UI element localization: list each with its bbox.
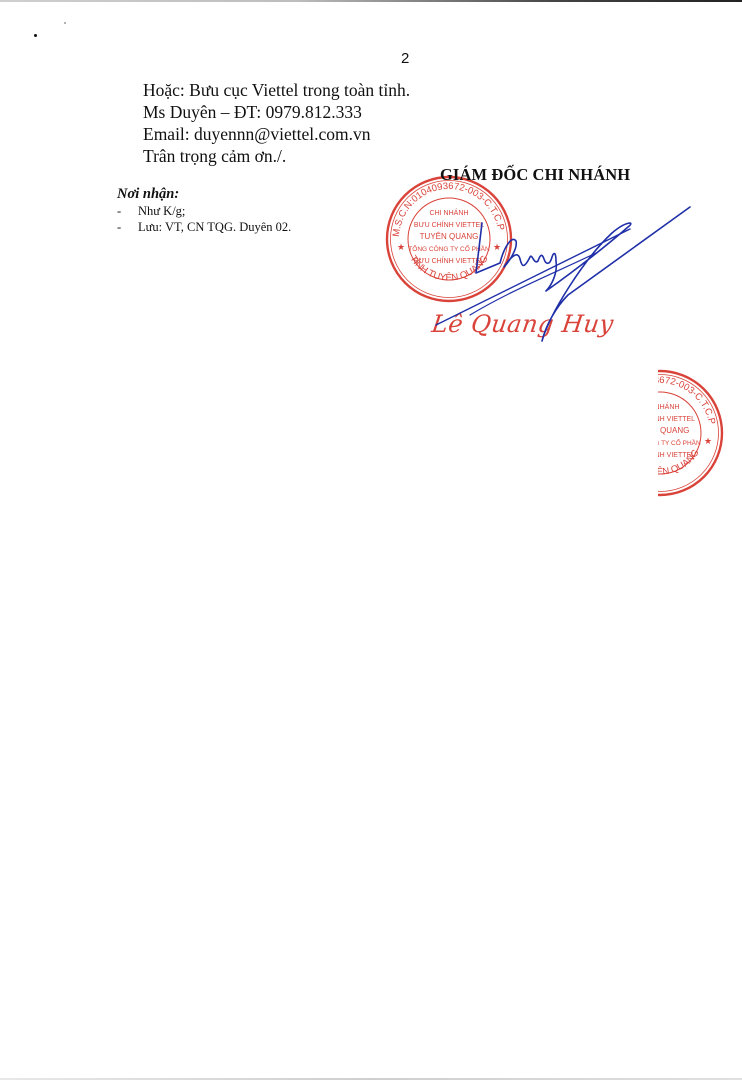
recipients-block: Nơi nhận: - Như K/g; - Lưu: VT, CN TQG. … bbox=[117, 185, 291, 235]
svg-text:CHI NHÁNH: CHI NHÁNH bbox=[658, 402, 679, 411]
page-number: 2 bbox=[401, 50, 409, 67]
svg-text:TUYÊN QUANG: TUYÊN QUANG bbox=[658, 426, 689, 435]
bullet-dash: - bbox=[117, 219, 121, 235]
star-icon: ★ bbox=[704, 436, 712, 446]
scan-speck bbox=[34, 34, 37, 37]
contact-email-line: Email: duyennn@viettel.com.vn bbox=[143, 123, 410, 145]
recipients-list: - Như K/g; - Lưu: VT, CN TQG. Duyên 02. bbox=[117, 203, 291, 235]
signer-title: GIÁM ĐỐC CHI NHÁNH bbox=[440, 165, 630, 185]
svg-text:BƯU CHÍNH VIETTEL: BƯU CHÍNH VIETTEL bbox=[658, 414, 695, 423]
contact-phone-line: Ms Duyên – ĐT: 0979.812.333 bbox=[143, 101, 410, 123]
scan-edge-top bbox=[0, 0, 742, 2]
svg-text:TỔNG CÔNG TY CỔ PHẦN: TỔNG CÔNG TY CỔ PHẦN bbox=[658, 437, 701, 447]
recipient-item: - Lưu: VT, CN TQG. Duyên 02. bbox=[117, 219, 291, 235]
closing-greeting: Trân trọng cảm ơn./. bbox=[143, 145, 410, 167]
scan-speck bbox=[64, 22, 66, 24]
bullet-dash: - bbox=[117, 203, 121, 219]
recipient-text: Như K/g; bbox=[138, 204, 185, 218]
official-stamp-partial: M.S.C.N:0104093672-003-C.T.C.P TỈNH TUYÊ… bbox=[658, 369, 724, 497]
recipients-title: Nơi nhận: bbox=[117, 185, 291, 203]
partial-page-stamp: M.S.C.N:0104093672-003-C.T.C.P TỈNH TUYÊ… bbox=[658, 360, 742, 510]
letter-closing-text: Hoặc: Bưu cục Viettel trong toàn tỉnh. M… bbox=[143, 79, 410, 167]
recipient-item: - Như K/g; bbox=[117, 203, 291, 219]
branch-office-line: Hoặc: Bưu cục Viettel trong toàn tỉnh. bbox=[143, 79, 410, 101]
svg-text:BƯU CHÍNH VIETTEL: BƯU CHÍNH VIETTEL bbox=[658, 450, 695, 459]
handwritten-signature bbox=[400, 195, 700, 365]
recipient-text: Lưu: VT, CN TQG. Duyên 02. bbox=[138, 220, 291, 234]
